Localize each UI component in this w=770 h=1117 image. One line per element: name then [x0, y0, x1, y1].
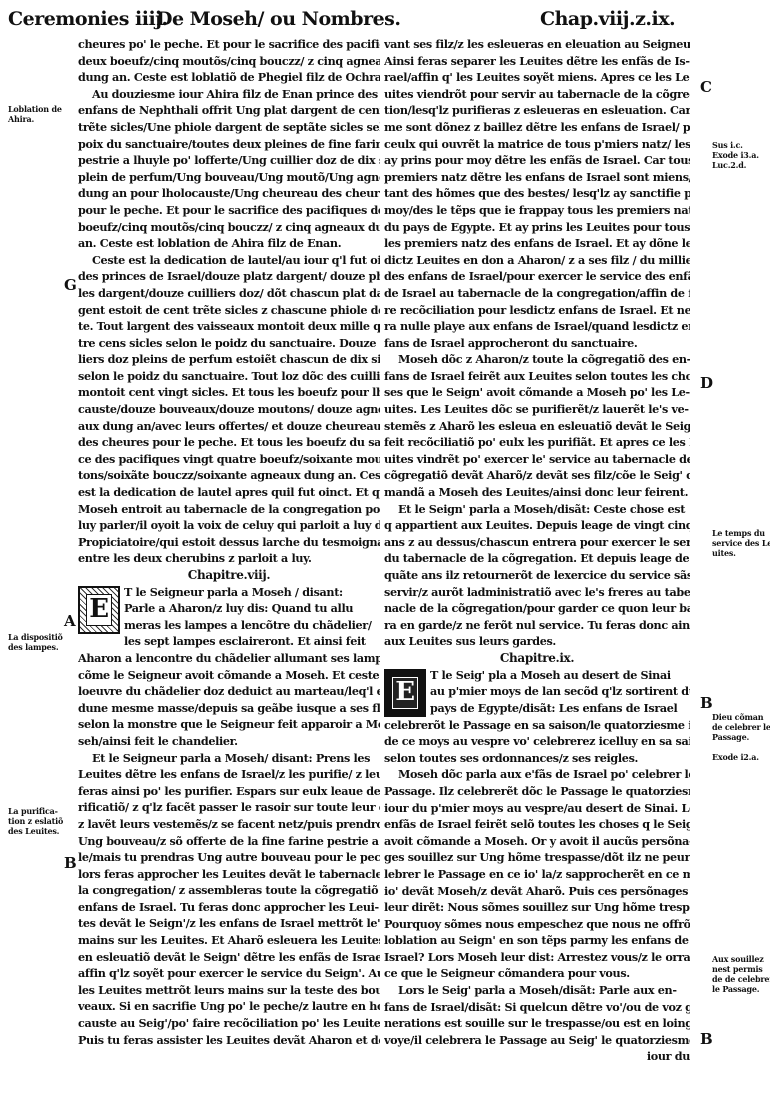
text-line: ceulx qui ouvrẽt la matrice de tous p'mi…: [384, 136, 690, 153]
text-line: avoit cõmande a Moseh. Or y avoit il auc…: [384, 833, 690, 850]
left-text-column: cheures po' le peche. Et pour le sacrifi…: [78, 36, 380, 1048]
chapter-heading: Chapitre.viij.: [78, 567, 380, 584]
text-line: cõgregatiõ devãt Aharõ/z devãt ses filz/…: [384, 467, 690, 484]
text-line: de Israel au tabernacle de la congregati…: [384, 285, 690, 302]
text-line: Pourquoy sõmes nous empeschez que nous n…: [384, 916, 690, 933]
text-line: Moseh dõc z Aharon/z toute la cõgregatiõ…: [384, 351, 690, 368]
text-line: aux Leuites sus leurs gardes.: [384, 633, 690, 650]
text-line: boeufz/cinq moutõs/cinq bouczz/ z cinq a…: [78, 219, 380, 236]
section-marker: B: [64, 854, 77, 872]
text-line: cõme le Seigneur avoit cõmande a Moseh. …: [78, 667, 380, 684]
text-line: voye/il celebrera le Passage au Seig' le…: [384, 1032, 690, 1049]
margin-note-right: Le temps du service des Le- uites.: [712, 528, 770, 558]
margin-note-left: La purifica- tion z eslatiõ des Leuites.: [8, 806, 63, 836]
text-line: nacle de la cõgregation/pour garder ce q…: [384, 600, 690, 617]
text-line: Moseh entroit au tabernacle de la congre…: [78, 501, 380, 518]
text-line: Puis tu feras assister les Leuites devãt…: [78, 1032, 380, 1049]
text-line: affin q'lz soyẽt pour exercer le service…: [78, 965, 380, 982]
text-line: ay prins pour moy dẽtre les enfãs de Isr…: [384, 152, 690, 169]
text-line: liers doz pleins de perfum estoiẽt chasc…: [78, 351, 380, 368]
text-line: des enfans de Israel/pour exercer le ser…: [384, 268, 690, 285]
text-line: uites vindrẽt po' exercer le' service au…: [384, 451, 690, 468]
running-head-center: De Moseh/ ou Nombres.: [156, 8, 400, 30]
text-line: montoit cent vingt sicles. Et tous les b…: [78, 384, 380, 401]
text-line: servir/z aurõt ladministratiõ avec le's …: [384, 584, 690, 601]
text-line: lors feras approcher les Leuites devãt l…: [78, 866, 380, 883]
text-line: Passage. Ilz celebrerẽt dõc le Passage l…: [384, 783, 690, 800]
text-line: dune mesme masse/depuis sa geãbe iusque …: [78, 700, 380, 717]
text-line: enfãs de Israel feirẽt selõ toutes les c…: [384, 816, 690, 833]
text-line: les sept lampes esclaireront. Et ainsi f…: [124, 633, 380, 650]
text-line: aux dung an/avec leurs offertes/ et douz…: [78, 418, 380, 435]
text-line: Lors le Seig' parla a Moseh/disãt: Parle…: [384, 982, 690, 999]
page-header: Ceremonies iiij. De Moseh/ ou Nombres. C…: [8, 8, 748, 32]
text-line: iour du p'mier moys au vespre/au desert …: [384, 800, 690, 817]
text-line: uites viendrõt pour servir au tabernacle…: [384, 86, 690, 103]
text-line: T le Seigneur parla a Moseh / disant:: [124, 584, 380, 601]
text-line: deux boeufz/cinq moutõs/cinq bouczz/ z c…: [78, 53, 380, 70]
text-line: mandã a Moseh des Leuites/ainsi donc leu…: [384, 484, 690, 501]
text-line: fans de Israel feirẽt aux Leuites selon …: [384, 368, 690, 385]
text-line: Leuites dẽtre les enfans de Israel/z les…: [78, 766, 380, 783]
margin-note-right: Dieu cõman de celebrer le Passage.: [712, 712, 770, 742]
text-line: Propiciatoire/qui estoit dessus larche d…: [78, 534, 380, 551]
text-line: Parle a Aharon/z luy dis: Quand tu allu: [124, 600, 380, 617]
running-head-left: Ceremonies iiij.: [8, 8, 168, 30]
text-line: ges souillez sur Ung hõme trespasse/dõt …: [384, 849, 690, 866]
text-line: fans de Israel/disãt: Si quelcun dẽtre v…: [384, 999, 690, 1016]
text-line: tion/lesq'lz purifieras z esleueras en e…: [384, 102, 690, 119]
text-line: tant des hõmes que des bestes/ lesq'lz a…: [384, 185, 690, 202]
text-line: feit recõciliatiõ po' eulx les purifiãt.…: [384, 434, 690, 451]
text-line: fans de Israel approcheront du sanctuair…: [384, 335, 690, 352]
text-line: an. Ceste est loblation de Ahira filz de…: [78, 235, 380, 252]
text-line: seh/ainsi feit le chandelier.: [78, 733, 380, 750]
section-marker: B: [700, 1030, 713, 1048]
decorated-initial: E: [78, 586, 120, 634]
section-marker: C: [700, 78, 712, 96]
text-line: veaux. Si en sacrifie Ung po' le peche/z…: [78, 998, 380, 1015]
text-line: q appartient aux Leuites. Depuis leage d…: [384, 517, 690, 534]
text-line: Israel? Lors Moseh leur dist: Arrestez v…: [384, 949, 690, 966]
right-text-column: vant ses filz/z les esleueras en eleuati…: [384, 36, 690, 1065]
text-line: io' devãt Moseh/z devãt Aharõ. Puis ces …: [384, 883, 690, 900]
text-line: dictz Leuites en don a Aharon/ z a ses f…: [384, 252, 690, 269]
section-marker: G: [64, 276, 77, 294]
text-line: des princes de Israel/douze platz dargen…: [78, 268, 380, 285]
text-line: Ceste est la dedication de lautel/au iou…: [78, 252, 380, 269]
text-line: stemẽs z Aharõ les esleua en esleuatiõ d…: [384, 418, 690, 435]
text-line: selon le poidz du sanctuaire. Tout loz d…: [78, 368, 380, 385]
text-line: dung an pour lholocauste/Ung cheureau de…: [78, 185, 380, 202]
text-line: re recõciliation pour lesdictz enfans de…: [384, 302, 690, 319]
margin-note-right: Aux souillez nest permis de de celebrer …: [712, 954, 770, 994]
section-marker: D: [700, 374, 713, 392]
text-line: au p'mier moys de lan secõd q'lz sortire…: [430, 683, 690, 700]
text-line: nerations est souille sur le trespasse/o…: [384, 1015, 690, 1032]
text-line: dung an. Ceste est loblatiõ de Phegiel f…: [78, 69, 380, 86]
text-line: pestrie a lhuyle po' lofferte/Ung cuilli…: [78, 152, 380, 169]
text-line: mains sur les Leuites. Et Aharõ esleuera…: [78, 932, 380, 949]
text-line: z lavẽt leurs vestemẽs/z se facent netz/…: [78, 816, 380, 833]
margin-note-right: Exode i2.a.: [712, 752, 759, 762]
section-marker: B: [700, 694, 713, 712]
text-line: T le Seig' pla a Moseh au desert de Sina…: [430, 667, 690, 684]
text-line: leur dirẽt: Nous sõmes souillez sur Ung …: [384, 899, 690, 916]
text-line: de ce moys au vespre vo' celebrerez icel…: [384, 733, 690, 750]
text-line: du pays de Egypte. Et ay prins les Leuit…: [384, 219, 690, 236]
text-line: trẽte sicles/Une phiole dargent de septã…: [78, 119, 380, 136]
text-line: quãte ans ilz retournerõt de lexercice d…: [384, 567, 690, 584]
text-line: rael/affin q' les Leuites soyẽt miens. A…: [384, 69, 690, 86]
text-line: les premiers natz des enfans de Israel. …: [384, 235, 690, 252]
text-line: selon toutes ses ordonnances/z ses reigl…: [384, 750, 690, 767]
text-line: la congregation/ z assembleras toute la …: [78, 882, 380, 899]
text-line: du tabernacle de la cõgregation. Et depu…: [384, 550, 690, 567]
text-line: ce des pacifiques vingt quatre boeufz/so…: [78, 451, 380, 468]
running-head-right: Chap.viij.z.ix.: [540, 8, 675, 30]
text-line: Et le Seigneur parla a Moseh/ disant: Pr…: [78, 750, 380, 767]
text-line: selon la monstre que le Seigneur feit ap…: [78, 716, 380, 733]
margin-note-right: Sus i.c. Exode i3.a. Luc.2.d.: [712, 140, 759, 170]
text-line: rificatiõ/ z q'lz facẽt passer le rasoir…: [78, 799, 380, 816]
text-line: poix du sanctuaire/toutes deux pleines d…: [78, 136, 380, 153]
text-line: me sont dõnez z baillez dẽtre les enfans…: [384, 119, 690, 136]
text-line: tes devãt le Seign'/z les enfans de Isra…: [78, 915, 380, 932]
text-line: premiers natz dẽtre les enfans de Israel…: [384, 169, 690, 186]
text-line: causte/douze bouveaux/douze moutons/ dou…: [78, 401, 380, 418]
text-line: enfans de Nephthali offrit Ung plat darg…: [78, 102, 380, 119]
text-line: plein de perfum/Ung bouveau/Ung moutõ/Un…: [78, 169, 380, 186]
text-line: tre cens sicles selon le poidz du sanctu…: [78, 335, 380, 352]
text-line: loeuvre du chãdelier doz deduict au mart…: [78, 683, 380, 700]
text-line: ra en garde/z ne ferõt nul service. Tu f…: [384, 617, 690, 634]
text-line: ce que le Seigneur cõmandera pour vous.: [384, 965, 690, 982]
text-line: luy parler/il oyoit la voix de celuy qui…: [78, 517, 380, 534]
text-line: ans z au dessus/chascun entrera pour exe…: [384, 534, 690, 551]
chapter-heading: Chapitre.ix.: [384, 650, 690, 667]
catchword: iour du: [384, 1048, 690, 1065]
text-line: enfans de Israel. Tu feras donc approche…: [78, 899, 380, 916]
text-line: les Leuites mettrõt leurs mains sur la t…: [78, 982, 380, 999]
text-line: Au douziesme iour Ahira filz de Enan pri…: [78, 86, 380, 103]
text-line: Ung bouveau/z sõ offerte de la fine fari…: [78, 833, 380, 850]
text-line: causte au Seig'/po' faire recõciliation …: [78, 1015, 380, 1032]
text-line: vant ses filz/z les esleueras en eleuati…: [384, 36, 690, 53]
text-line: pour le peche. Et pour le sacrifice des …: [78, 202, 380, 219]
text-line: loblation au Seign' en son tẽps parmy le…: [384, 932, 690, 949]
text-line: le/mais tu prendras Ung autre bouveau po…: [78, 849, 380, 866]
text-line: entre les deux cherubins z parloit a luy…: [78, 550, 380, 567]
decorated-initial: E: [384, 669, 426, 717]
text-line: cheures po' le peche. Et pour le sacrifi…: [78, 36, 380, 53]
text-line: pays de Egypte/disãt: Les enfans de Isra…: [430, 700, 690, 717]
text-line: tons/soixãte bouczz/soixante agneaux dun…: [78, 467, 380, 484]
text-line: Moseh dõc parla aux e'fãs de Israel po' …: [384, 766, 690, 783]
text-line: ses que le Seign' avoit cõmande a Moseh …: [384, 384, 690, 401]
text-line: celebrerõt le Passage en sa saison/le qu…: [384, 717, 690, 734]
margin-note-left: La dispositiõ des lampes.: [8, 632, 63, 652]
text-line: Aharon a lencontre du chãdelier allumant…: [78, 650, 380, 667]
text-line: en esleuatiõ devãt le Seign' dẽtre les e…: [78, 949, 380, 966]
text-line: Ainsi feras separer les Leuites dẽtre le…: [384, 53, 690, 70]
text-line: les dargent/douze cuilliers doz/ dõt cha…: [78, 285, 380, 302]
text-line: lebrer le Passage en ce io' la/z sapproc…: [384, 866, 690, 883]
text-line: meras les lampes a lencõtre du chãdelier…: [124, 617, 380, 634]
text-line: uites. Les Leuites dõc se purifierẽt/z l…: [384, 401, 690, 418]
text-line: Et le Seign' parla a Moseh/disãt: Ceste …: [384, 501, 690, 518]
text-line: moy/des le tẽps que ie frappay tous les …: [384, 202, 690, 219]
text-line: est la dedication de lautel apres quil f…: [78, 484, 380, 501]
text-line: feras ainsi po' les purifier. Espars sur…: [78, 783, 380, 800]
text-line: gent estoit de cent trẽte sicles z chasc…: [78, 302, 380, 319]
margin-note-left: Loblation de Ahira.: [8, 104, 62, 124]
section-marker: A: [64, 612, 76, 630]
text-line: te. Tout largent des vaisseaux montoit d…: [78, 318, 380, 335]
text-line: ra nulle playe aux enfans de Israel/quan…: [384, 318, 690, 335]
text-line: des cheures pour le peche. Et tous les b…: [78, 434, 380, 451]
